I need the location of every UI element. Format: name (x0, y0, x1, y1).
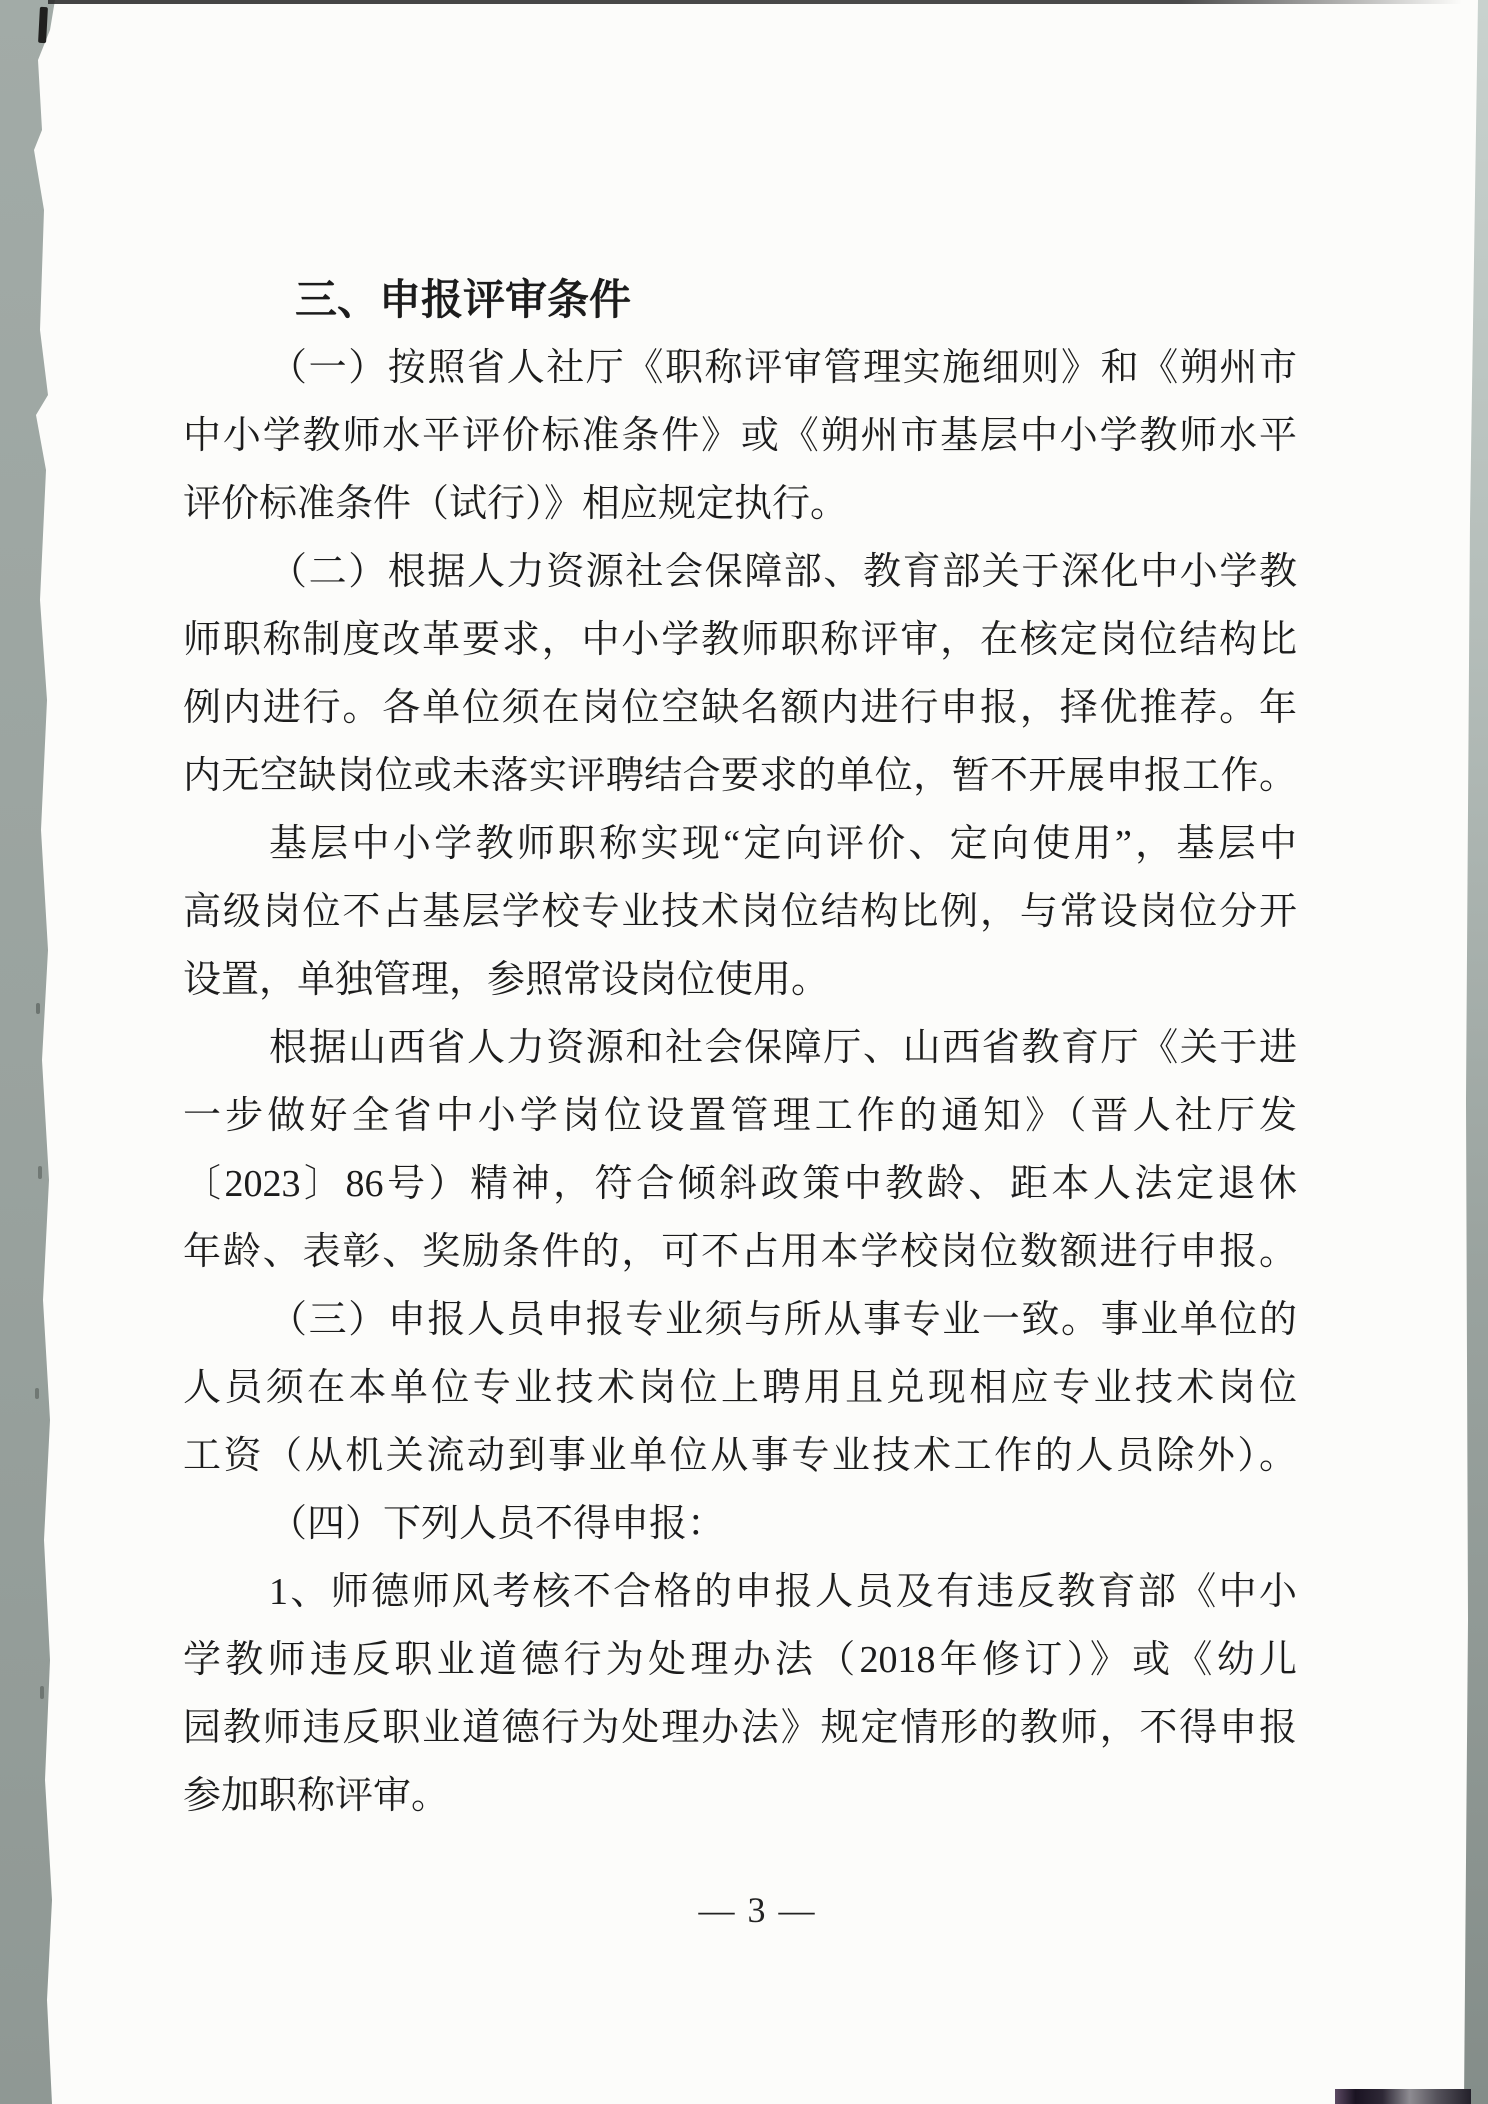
scan-artifact-edge-mark (40, 1686, 44, 1699)
text-line: 人员须在本单位专业技术岗位上聘用且兑现相应专业技术岗位 (183, 1354, 1297, 1422)
text-line: 根据山西省人力资源和社会保障厅、山西省教育厅《关于进 (183, 1014, 1297, 1082)
scan-artifact-edge-mark (36, 1003, 40, 1014)
text-line: 园教师违反职业道德行为处理办法》规定情形的教师，不得申报 (183, 1694, 1297, 1762)
scan-artifact-edge-mark (38, 1166, 42, 1179)
text-line: （四）下列人员不得申报： (183, 1490, 1297, 1558)
scanned-document-page: 三、申报评审条件 （一）按照省人社厅《职称评审管理实施细则》和《朔州市 中小学教… (0, 0, 1488, 2104)
text-line: 内无空缺岗位或未落实评聘结合要求的单位，暂不开展申报工作。 (183, 742, 1297, 810)
text-line: 年龄、表彰、奖励条件的，可不占用本学校岗位数额进行申报。 (183, 1218, 1297, 1286)
scan-artifact-bottom-smear (1335, 2089, 1471, 2104)
scan-artifact-edge-mark (35, 1388, 39, 1399)
text-line: （三）申报人员申报专业须与所从事专业一致。事业单位的 (183, 1286, 1297, 1354)
text-line: 工资（从机关流动到事业单位从事专业技术工作的人员除外）。 (183, 1422, 1297, 1490)
scan-artifact-edge-mark (38, 7, 48, 43)
text-line: 学教师违反职业道德行为处理办法（2018年修订）》或《幼儿 (183, 1626, 1297, 1694)
text-line: 基层中小学教师职称实现“定向评价、定向使用”，基层中 (183, 810, 1297, 878)
text-line: 评价标准条件（试行）》相应规定执行。 (183, 470, 1297, 538)
section-heading: 三、申报评审条件 (183, 266, 1297, 334)
scan-artifact-top-line (48, 0, 1462, 4)
text-line: 例内进行。各单位须在岗位空缺名额内进行申报，择优推荐。年 (183, 674, 1297, 742)
document-body: 三、申报评审条件 （一）按照省人社厅《职称评审管理实施细则》和《朔州市 中小学教… (183, 266, 1297, 1830)
page-number: — 3 — (45, 1880, 1470, 1940)
text-line: 一步做好全省中小学岗位设置管理工作的通知》（晋人社厅发 (183, 1082, 1297, 1150)
text-line: 师职称制度改革要求，中小学教师职称评审，在核定岗位结构比 (183, 606, 1297, 674)
text-line: 参加职称评审。 (183, 1762, 1297, 1830)
text-line: 〔2023〕86号）精神，符合倾斜政策中教龄、距本人法定退休 (183, 1150, 1297, 1218)
text-line: 高级岗位不占基层学校专业技术岗位结构比例，与常设岗位分开 (183, 878, 1297, 946)
text-line: （二）根据人力资源社会保障部、教育部关于深化中小学教 (183, 538, 1297, 606)
text-line: 1、师德师风考核不合格的申报人员及有违反教育部《中小 (183, 1558, 1297, 1626)
text-line: （一）按照省人社厅《职称评审管理实施细则》和《朔州市 (183, 334, 1297, 402)
text-line: 中小学教师水平评价标准条件》或《朔州市基层中小学教师水平 (183, 402, 1297, 470)
text-line: 设置，单独管理，参照常设岗位使用。 (183, 946, 1297, 1014)
